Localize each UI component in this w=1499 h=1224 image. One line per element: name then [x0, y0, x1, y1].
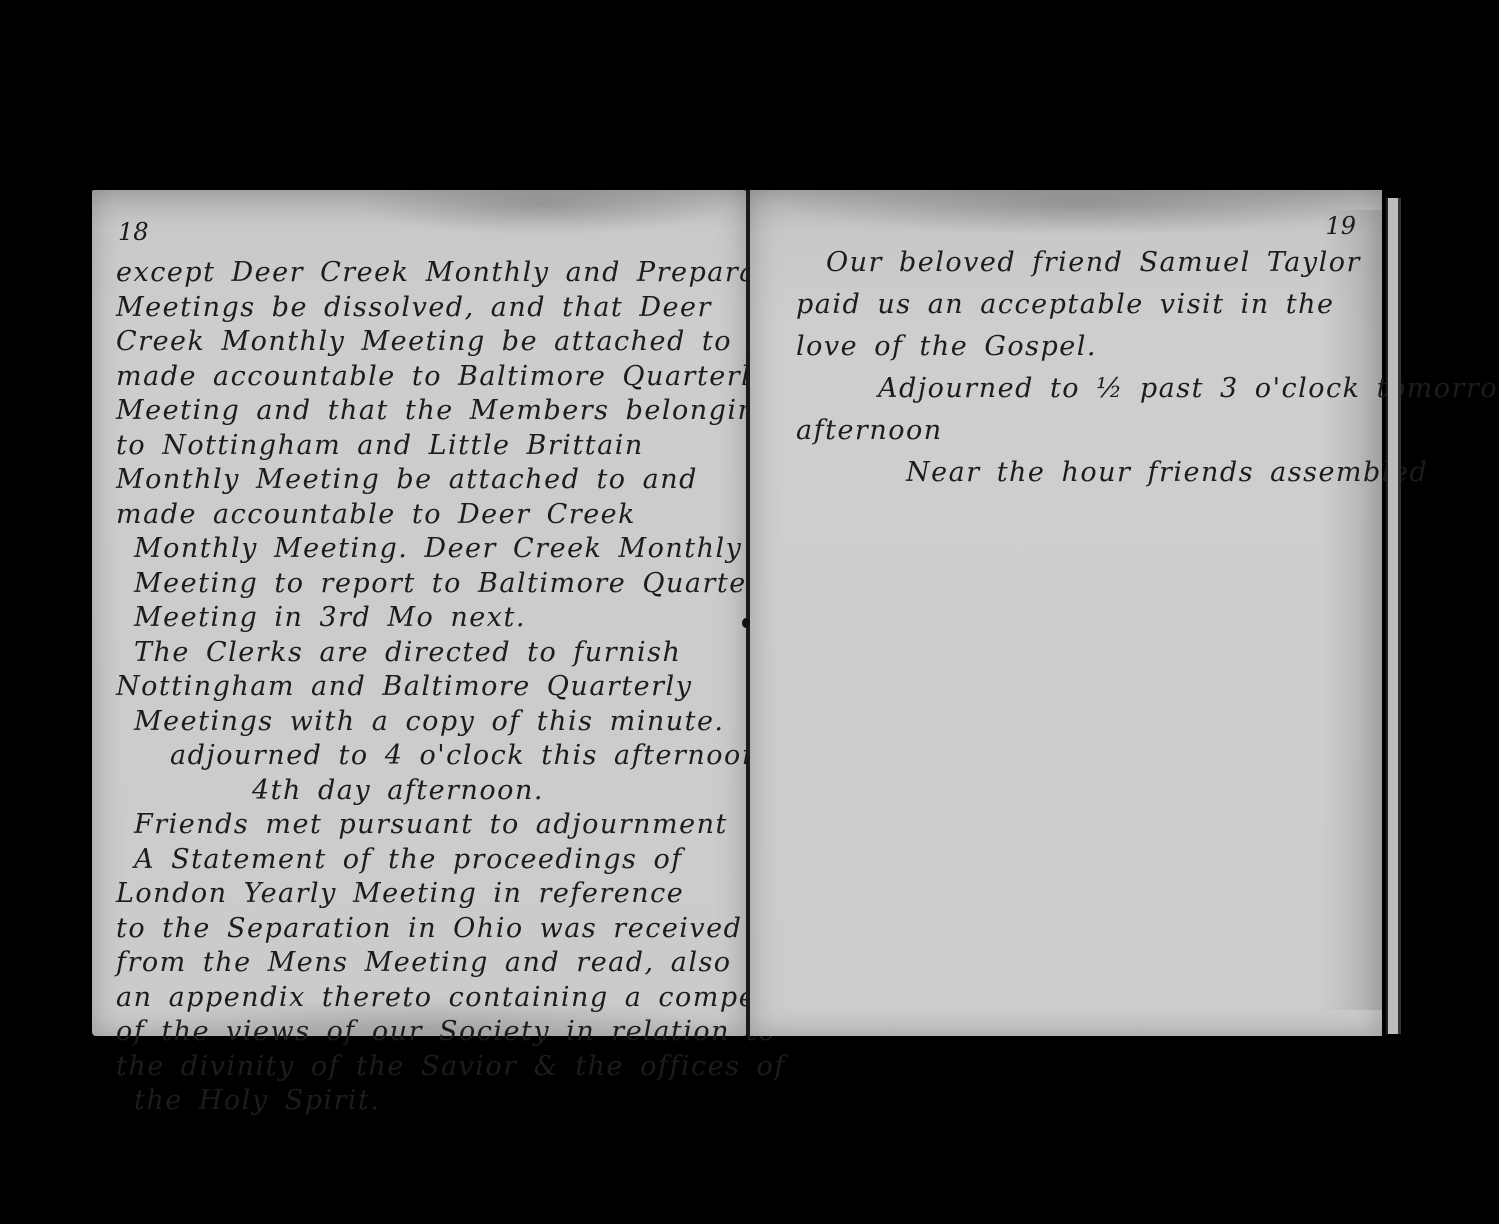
- left-page: 18 except Deer Creek Monthly and Prepara…: [92, 190, 746, 1036]
- book-page-edges: [1386, 198, 1401, 1034]
- manuscript-line: Meeting and that the Members belonging: [116, 394, 736, 429]
- manuscript-line: to the Separation in Ohio was received: [116, 912, 736, 947]
- manuscript-line: love of the Gospel.: [796, 326, 1356, 368]
- manuscript-line: made accountable to Deer Creek: [116, 498, 736, 533]
- manuscript-line: Nottingham and Baltimore Quarterly: [116, 670, 736, 705]
- manuscript-line: of the views of our Society in relation …: [116, 1015, 736, 1050]
- page-number-right: 19: [1325, 212, 1356, 240]
- manuscript-line: London Yearly Meeting in reference: [116, 877, 736, 912]
- manuscript-line: Near the hour friends assembled: [796, 452, 1356, 494]
- manuscript-line: the divinity of the Savior & the offices…: [116, 1050, 736, 1085]
- manuscript-line: 4th day afternoon.: [116, 774, 736, 809]
- manuscript-line: Monthly Meeting be attached to and: [116, 463, 736, 498]
- manuscript-line: afternoon: [796, 410, 1356, 452]
- manuscript-line: Meetings be dissolved, and that Deer: [116, 291, 736, 326]
- manuscript-line: an appendix thereto containing a compend…: [116, 981, 736, 1016]
- manuscript-line: from the Mens Meeting and read, also: [116, 946, 736, 981]
- manuscript-line: to Nottingham and Little Brittain: [116, 429, 736, 464]
- manuscript-line: except Deer Creek Monthly and Preparatio…: [116, 256, 736, 291]
- manuscript-line: Adjourned to ½ past 3 o'clock tomorrow: [796, 368, 1356, 410]
- right-page: 19 Our beloved friend Samuel Taylorpaid …: [750, 190, 1382, 1036]
- manuscript-spread: 18 except Deer Creek Monthly and Prepara…: [92, 190, 1407, 1040]
- binding-thread: [742, 618, 750, 628]
- manuscript-line: Creek Monthly Meeting be attached to and: [116, 325, 736, 360]
- manuscript-line: The Clerks are directed to furnish: [116, 636, 736, 671]
- right-page-text: Our beloved friend Samuel Taylorpaid us …: [796, 242, 1356, 494]
- manuscript-line: Meetings with a copy of this minute.: [116, 705, 736, 740]
- manuscript-line: paid us an acceptable visit in the: [796, 284, 1356, 326]
- water-stain: [352, 190, 732, 235]
- manuscript-line: adjourned to 4 o'clock this afternoon: [116, 739, 736, 774]
- manuscript-line: Our beloved friend Samuel Taylor: [796, 242, 1356, 284]
- left-page-text: except Deer Creek Monthly and Preparatio…: [116, 256, 736, 1119]
- manuscript-line: made accountable to Baltimore Quarterly: [116, 360, 736, 395]
- page-number-left: 18: [118, 218, 149, 246]
- manuscript-line: Monthly Meeting. Deer Creek Monthly: [116, 532, 736, 567]
- manuscript-line: Meeting to report to Baltimore Quarterly: [116, 567, 736, 602]
- manuscript-line: the Holy Spirit.: [116, 1084, 736, 1119]
- manuscript-line: Meeting in 3rd Mo next.: [116, 601, 736, 636]
- manuscript-line: Friends met pursuant to adjournment: [116, 808, 736, 843]
- water-stain: [780, 190, 1380, 235]
- manuscript-line: A Statement of the proceedings of: [116, 843, 736, 878]
